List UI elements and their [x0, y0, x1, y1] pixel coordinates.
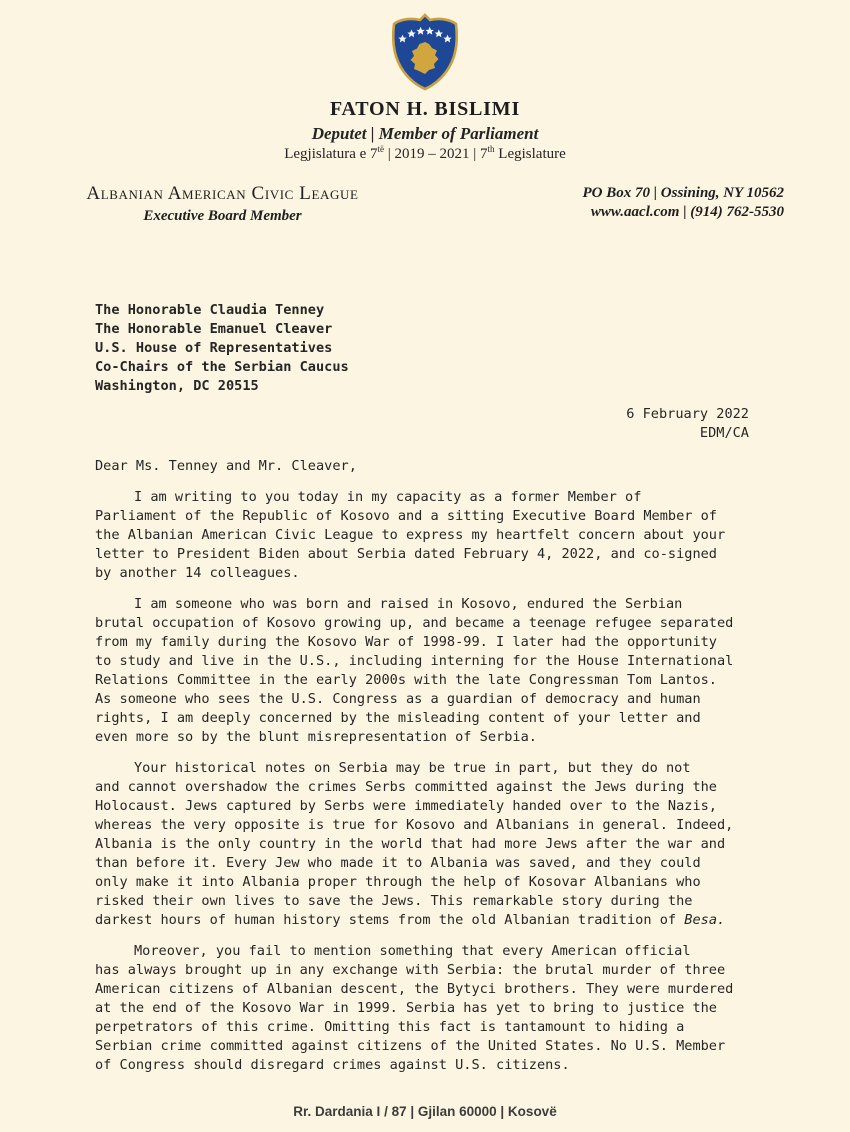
- legislature-sup-english: th: [488, 144, 495, 154]
- recipient-line: The Honorable Claudia Tenney: [95, 301, 773, 320]
- organization-name: Albanian American Civic League: [40, 183, 405, 205]
- letter-page: { "letterhead": { "emblem": "kosovo-coat…: [0, 0, 850, 1132]
- legislature-post: Legislature: [495, 146, 566, 162]
- paragraph-4-text: Moreover, you fail to mention something …: [95, 943, 733, 1073]
- paragraph-1-text: I am writing to you today in my capacity…: [95, 489, 725, 581]
- paragraph-2-text: I am someone who was born and raised in …: [95, 596, 733, 745]
- date-block: 6 February 2022 EDM/CA: [95, 405, 773, 443]
- letterhead-name: FATON H. BISLIMI: [0, 98, 850, 121]
- contact-address-line: PO Box 70 | Ossining, NY 10562: [582, 184, 784, 203]
- organization-role: Executive Board Member: [40, 208, 405, 225]
- salutation: Dear Ms. Tenney and Mr. Cleaver,: [95, 457, 773, 476]
- paragraph-3-emphasis: Besa.: [684, 912, 725, 928]
- paragraph-2: I am someone who was born and raised in …: [95, 595, 773, 747]
- letterhead-title-line: Deputet | Member of Parliament: [0, 124, 850, 144]
- contact-web-phone-line: www.aacl.com | (914) 762-5530: [582, 203, 784, 222]
- paragraph-3-text: Your historical notes on Serbia may be t…: [95, 760, 733, 928]
- legislature-mid: | 2019 – 2021 | 7: [384, 146, 488, 162]
- organization-block: Albanian American Civic League Executive…: [40, 183, 405, 225]
- recipient-line: The Honorable Emanuel Cleaver: [95, 320, 773, 339]
- contact-block: PO Box 70 | Ossining, NY 10562 www.aacl.…: [582, 184, 784, 222]
- recipient-line: Co-Chairs of the Serbian Caucus: [95, 358, 773, 377]
- paragraph-3: Your historical notes on Serbia may be t…: [95, 759, 773, 930]
- legislature-pre: Legjislatura e 7: [284, 146, 377, 162]
- letterhead-legislature-line: Legjislatura e 7të | 2019 – 2021 | 7th L…: [0, 146, 850, 163]
- letter-body: The Honorable Claudia Tenney The Honorab…: [95, 301, 773, 1075]
- paragraph-4: Moreover, you fail to mention something …: [95, 942, 773, 1075]
- kosovo-coat-of-arms-icon: [388, 12, 462, 91]
- recipient-line: Washington, DC 20515: [95, 377, 773, 396]
- recipient-line: U.S. House of Representatives: [95, 339, 773, 358]
- paragraph-1: I am writing to you today in my capacity…: [95, 488, 773, 583]
- letter-reference: EDM/CA: [95, 424, 749, 443]
- footer-address: Rr. Dardania I / 87 | Gjilan 60000 | Kos…: [0, 1104, 850, 1119]
- letter-date: 6 February 2022: [95, 405, 749, 424]
- recipient-block: The Honorable Claudia Tenney The Honorab…: [95, 301, 773, 396]
